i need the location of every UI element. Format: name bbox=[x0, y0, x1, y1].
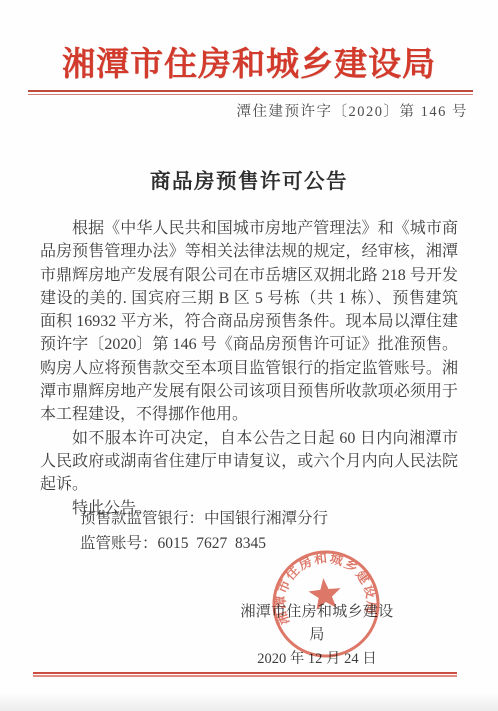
notice-paragraph: 根据《中华人民共和国城市房地产管理法》和《城市商品房预售管理办法》等相关法律法规… bbox=[40, 217, 458, 427]
seal-star-icon bbox=[307, 576, 342, 610]
page-bottom-shade bbox=[0, 693, 498, 711]
bank-info-block: 预售款监管银行：中国银行湘潭分行 监管账号：6015 7627 8345 bbox=[80, 507, 328, 556]
notice-paragraph: 如不服本许可决定，自本公告之日起 60 日内向湘潭市人民政府或湖南省住建厅申请复… bbox=[40, 427, 458, 497]
header-red-rule bbox=[28, 90, 473, 95]
agency-header-title: 湘潭市住房和城乡建设局 bbox=[0, 38, 498, 85]
footer-red-rule bbox=[33, 672, 457, 677]
notice-body: 根据《中华人民共和国城市房地产管理法》和《城市商品房预售管理办法》等相关法律法规… bbox=[40, 217, 458, 520]
supervision-account-number: 6015 7627 8345 bbox=[158, 535, 267, 552]
official-seal-icon: 湘潭市住房和城乡建设局 bbox=[264, 542, 387, 665]
document-page: 湘潭市住房和城乡建设局 潭住建预许字〔2020〕第 146 号 商品房预售许可公… bbox=[0, 0, 498, 711]
document-number: 潭住建预许字〔2020〕第 146 号 bbox=[237, 100, 469, 121]
notice-title: 商品房预售许可公告 bbox=[0, 164, 498, 194]
supervision-bank-line: 预售款监管银行：中国银行湘潭分行 bbox=[80, 507, 328, 532]
supervision-account-label: 监管账号： bbox=[80, 535, 158, 552]
supervision-bank-label: 预售款监管银行： bbox=[80, 510, 204, 527]
supervision-bank-name: 中国银行湘潭分行 bbox=[204, 510, 328, 527]
